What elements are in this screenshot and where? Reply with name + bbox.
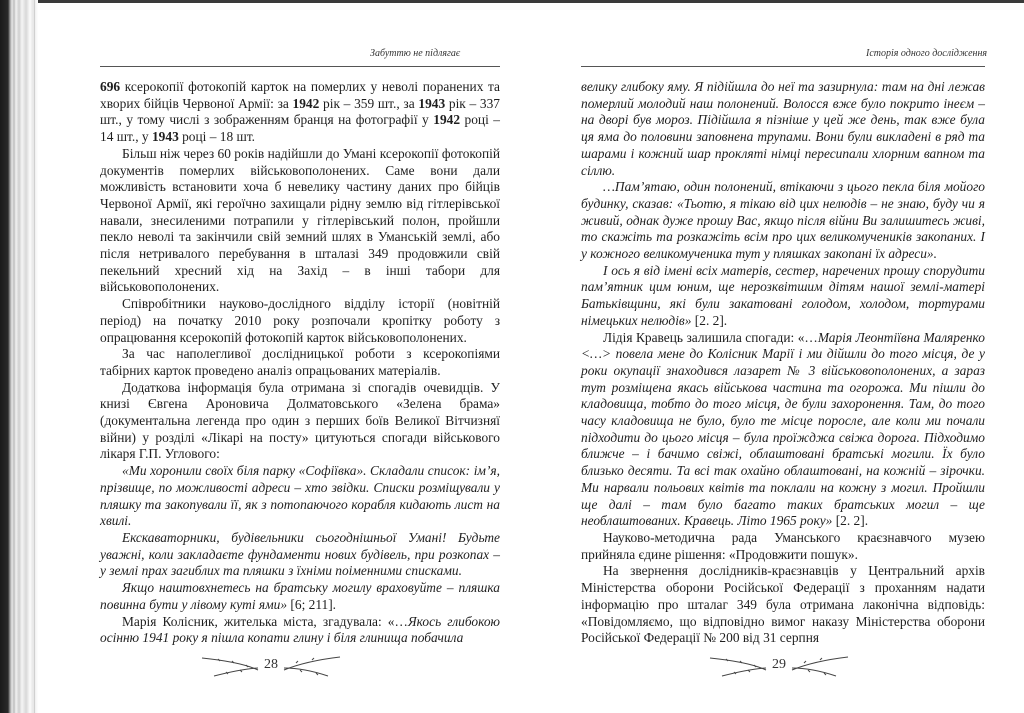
bold-number: 1942 [293,96,320,111]
header-rule-right [581,66,985,67]
paragraph: За час наполегливої дослідницької роботи… [100,346,500,379]
bold-number: 1943 [152,129,179,144]
text-run: рік – 359 шт., за [319,96,418,111]
page-number-left: 28 [196,657,346,673]
quoted-text: «Ми хоронили своїх біля парку «Софіївка»… [100,463,500,528]
right-page-body: велику глибоку яму. Я підійшла до неї та… [581,79,985,647]
header-rule-left [100,66,500,67]
text-run: році – 18 шт. [179,129,255,144]
paragraph: І ось я від імені всіх матерів, сестер, … [581,263,985,330]
page-edge-line [34,0,35,713]
folio-right: 29 [704,654,854,680]
paragraph: «Ми хоронили своїх біля парку «Софіївка»… [100,463,500,530]
text-run: На звернення дослідників-краєзнавців у Ц… [581,563,985,645]
running-head-left: Забуттю не підлягає [370,48,460,59]
text-run: Науково-методична рада Уманського краєзн… [581,530,985,562]
text-run: [2. 2]. [832,513,868,528]
quoted-text: …Пам’ятаю, один полонений, втікаючи з ць… [581,179,985,261]
paragraph: велику глибоку яму. Я підійшла до неї та… [581,79,985,179]
paragraph: Якщо наштовхнетесь на братську могилу вр… [100,580,500,613]
running-head-right: Історія одного дослідження [866,48,987,59]
page-number-right: 29 [704,657,854,673]
text-run: За час наполегливої дослідницької роботи… [100,346,500,378]
paragraph: Лідія Кравець залишила спогади: «…Марія … [581,330,985,530]
paragraph: Екскаваторники, будівельники сьогоднішнь… [100,530,500,580]
bold-number: 1942 [433,112,460,127]
paragraph: Співробітники науково-дослідного відділу… [100,296,500,346]
paragraph: Додаткова інформація була отримана зі сп… [100,380,500,464]
bold-number: 696 [100,79,120,94]
quoted-text: І ось я від імені всіх матерів, сестер, … [581,263,985,328]
text-run: Лідія Кравець залишила спогади: «… [603,330,818,345]
paragraph: Більш ніж через 60 років надійшли до Ума… [100,146,500,296]
text-run: Більш ніж через 60 років надійшли до Ума… [100,146,500,295]
text-run: Співробітники науково-дослідного відділу… [100,296,500,344]
bold-number: 1943 [418,96,445,111]
paragraph: …Пам’ятаю, один полонений, втікаючи з ць… [581,179,985,263]
quoted-text: Марія Леонтіївна Маляренко <…> повела ме… [581,330,985,529]
text-run: [6; 211]. [287,597,336,612]
paragraph: Марія Колісник, жителька міста, згадувал… [100,614,500,647]
left-page-body: 696 ксерокопії фотокопій карток на помер… [100,79,500,647]
left-page: Забуттю не підлягає 696 ксерокопії фоток… [40,0,510,713]
text-run: Додаткова інформація була отримана зі сп… [100,380,500,462]
quoted-text: велику глибоку яму. Я підійшла до неї та… [581,79,985,178]
text-run: Марія Колісник, жителька міста, згадувал… [122,614,408,629]
paragraph: Науково-методична рада Уманського краєзн… [581,530,985,563]
page-stack-edge [0,0,38,713]
text-run: [2. 2]. [691,313,727,328]
paragraph: На звернення дослідників-краєзнавців у Ц… [581,563,985,647]
folio-left: 28 [196,654,346,680]
right-page: Історія одного дослідження велику глибок… [512,0,1024,713]
quoted-text: Екскаваторники, будівельники сьогоднішнь… [100,530,500,578]
paragraph: 696 ксерокопії фотокопій карток на помер… [100,79,500,146]
